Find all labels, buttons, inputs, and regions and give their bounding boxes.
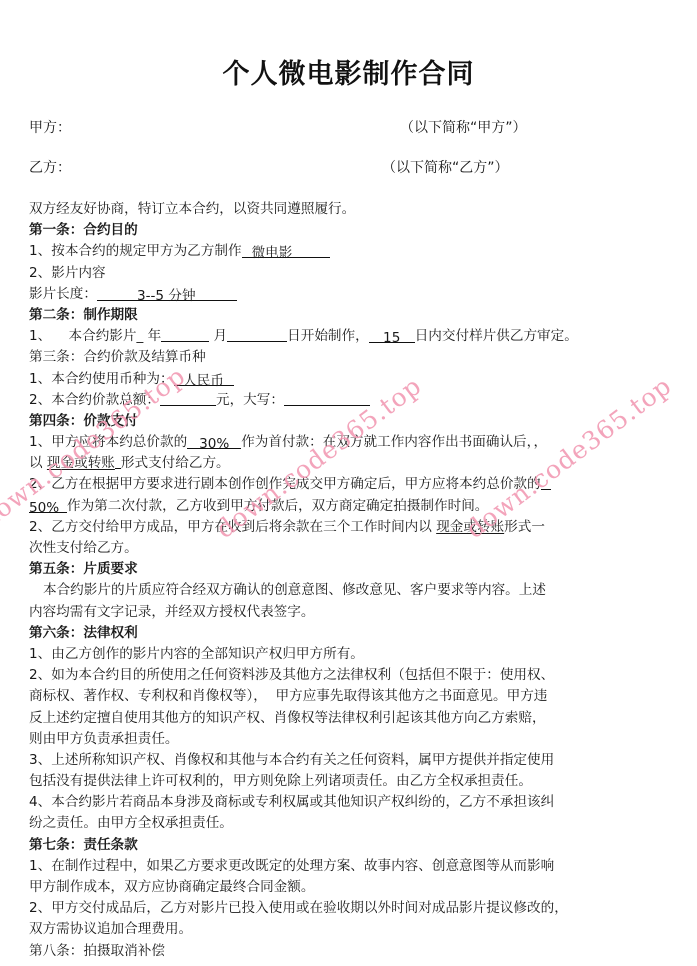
section-4-line-6: 次性支付给乙方。 — [29, 538, 679, 559]
s2-year-blank — [161, 327, 209, 342]
s4-l1-post: 作为首付款：在双方就工作内容作出书面确认后，， — [241, 434, 547, 450]
s2-delivery-text: 日内交付样片供乙方审定。 — [415, 328, 578, 344]
section-8-heading: 第八条：拍摄取消补偿 — [29, 941, 679, 962]
section-7-heading: 第七条：责任条款 — [29, 835, 679, 856]
s4-l2-post: 形式支付给乙方。 — [121, 455, 230, 471]
s4-pay-method-value: 现金或转账 — [47, 455, 115, 471]
section-4-line-1: 1、甲方应将本约总价款的30%作为首付款：在双方就工作内容作出书面确认后，， — [29, 432, 679, 453]
section-2-line-1: 1、 本合约影片_ 年 月日开始制作，15日内交付样片供乙方审定。 — [29, 326, 679, 347]
s4-l2-pre: 以 — [29, 455, 47, 471]
intro-text: 双方经友好协商，特订立本合约，以资共同遵照履行。 — [29, 199, 679, 220]
s3-total-label: 2、本合约价款总额： — [29, 392, 160, 408]
s2-days-value: 15 — [383, 330, 400, 346]
s3-capital-label: 元，大写： — [216, 392, 284, 408]
section-7-line: 2、甲方交付成品后，乙方对影片已投入使用或在验收期以外时间对成品影片提议修改的， — [29, 898, 679, 919]
section-4-heading: 第四条：价款支付 — [29, 411, 679, 432]
section-5-heading: 第五条：片质要求 — [29, 559, 679, 580]
s1-length-label: 影片长度： — [29, 286, 97, 302]
document-title: 个人微电影制作合同 — [0, 52, 697, 91]
s4-second-pay-field: 50% — [29, 498, 67, 513]
section-6-line: 1、由乙方创作的影片内容的全部知识产权归甲方所有。 — [29, 644, 679, 665]
s1-film-type-field: 微电影 — [242, 243, 330, 258]
contract-body: 双方经友好协商，特订立本合约，以资共同遵照履行。 第一条：合约目的 1、按本合约… — [29, 199, 679, 962]
section-1-line-2: 2、影片内容 — [29, 263, 679, 284]
s3-currency-value: 人民币 — [183, 373, 224, 389]
section-2-heading: 第二条：制作期限 — [29, 305, 679, 326]
section-6-line: 包括没有提供法律上许可权利的，甲方则免除上列诸项责任。由乙方全权承担责任。 — [29, 771, 679, 792]
section-5-line-1: 本合约影片的片质应符合经双方确认的创意意图、修改意见、客户要求等内容。上述 — [29, 580, 679, 601]
party-b-label: 乙方： — [29, 157, 71, 177]
section-3-heading: 第三条：合约价款及结算币种 — [29, 347, 679, 368]
s3-capital-blank — [284, 391, 370, 406]
s1-length-value: 3--5 分钟 — [97, 288, 196, 304]
s2-month-blank — [227, 327, 287, 342]
section-6-line: 反上述约定擅自使用其他方的知识产权、肖像权等法律权利引起该其他方向乙方索赔， — [29, 708, 679, 729]
s1-l1-text: 1、按本合约的规定甲方为乙方制作 — [29, 243, 242, 259]
s2-month-text: 月 — [209, 328, 227, 344]
contract-page: 个人微电影制作合同 甲方： （以下简称“甲方”） 乙方： （以下简称“乙方”） … — [0, 0, 697, 966]
party-a-alias: （以下简称“甲方”） — [400, 117, 527, 137]
s4-l3-blank — [541, 475, 551, 490]
s1-length-field: 3--5 分钟 — [97, 286, 237, 301]
section-6-line: 商标权、著作权、专利权和肖像权等）， 甲方应事先取得该其他方之书面意见。甲方违 — [29, 686, 679, 707]
section-3-line-1: 1、本合约使用币种为：人民币 — [29, 369, 679, 390]
s1-film-type-value: 微电影 — [242, 245, 293, 261]
party-a-label: 甲方： — [29, 117, 71, 137]
section-1-line-3: 影片长度：3--5 分钟 — [29, 284, 679, 305]
section-4-line-5: 2、乙方交付给甲方成品，甲方在收到后将余款在三个工作时间内以 现金或转账形式一 — [29, 517, 679, 538]
section-6-line: 纷之责任。由甲方全权承担责任。 — [29, 813, 679, 834]
s3-total-blank — [160, 391, 216, 406]
section-6-line: 3、上述所称知识产权、肖像权和其他与本合约有关之任何资料，属甲方提供并指定使用 — [29, 750, 679, 771]
s4-l5-pre: 2、乙方交付给甲方成品，甲方在收到后将余款在三个工作时间内以 — [29, 519, 436, 535]
s4-l3-text: 2、乙方在根据甲方要求进行剧本创作创作完成交甲方确定后，甲方应将本约总价款的 — [29, 476, 541, 492]
section-4-line-2: 以 现金或转账形式支付给乙方。 — [29, 453, 679, 474]
section-1-heading: 第一条：合约目的 — [29, 220, 679, 241]
section-7-line: 双方需协议追加合理费用。 — [29, 919, 679, 940]
section-6-line: 4、本合约影片若商品本身涉及商标或专利权属或其他知识产权纠纷的，乙方不承担该纠 — [29, 792, 679, 813]
s3-currency-field: 人民币 — [174, 371, 234, 386]
s4-first-pay-field: 30% — [187, 434, 241, 449]
s4-l5-post: 形式一 — [504, 519, 545, 535]
section-7-line: 1、在制作过程中，如果乙方要求更改既定的处理方案、故事内容、创意意图等从而影响 — [29, 856, 679, 877]
section-5-line-2: 内容均需有文字记录，并经双方授权代表签字。 — [29, 602, 679, 623]
section-1-line-1: 1、按本合约的规定甲方为乙方制作微电影 — [29, 241, 679, 262]
s2-day-text: 日开始制作， — [287, 328, 369, 344]
s4-l1-text: 1、甲方应将本约总价款的 — [29, 434, 187, 450]
s4-first-pay-value: 30% — [199, 436, 229, 452]
section-6-heading: 第六条：法律权利 — [29, 623, 679, 644]
s2-year-text: 1、 本合约影片_ 年 — [29, 328, 161, 344]
s4-l4-post: 作为第二次付款，乙方收到甲方付款后，双方商定确定拍摄制作时间。 — [67, 498, 488, 514]
section-4-line-3: 2、乙方在根据甲方要求进行剧本创作创作完成交甲方确定后，甲方应将本约总价款的 — [29, 474, 679, 495]
s4-second-pay-value: 50% — [29, 500, 59, 516]
s2-days-field: 15 — [369, 328, 415, 343]
section-3-line-2: 2、本合约价款总额：元，大写： — [29, 390, 679, 411]
party-b-alias: （以下简称“乙方”） — [382, 157, 509, 177]
section-6-line: 2、如为本合约目的所使用之任何资料涉及其他方之法律权利（包括但不限于：使用权、 — [29, 665, 679, 686]
section-7-line: 甲方制作成本，双方应协商确定最终合同金额。 — [29, 877, 679, 898]
section-4-line-4: 50%作为第二次付款，乙方收到甲方付款后，双方商定确定拍摄制作时间。 — [29, 496, 679, 517]
s3-currency-label: 1、本合约使用币种为： — [29, 371, 174, 387]
section-6-line: 则由甲方负责承担责任。 — [29, 729, 679, 750]
s4-balance-method-value: 现金或转账 — [436, 519, 504, 535]
